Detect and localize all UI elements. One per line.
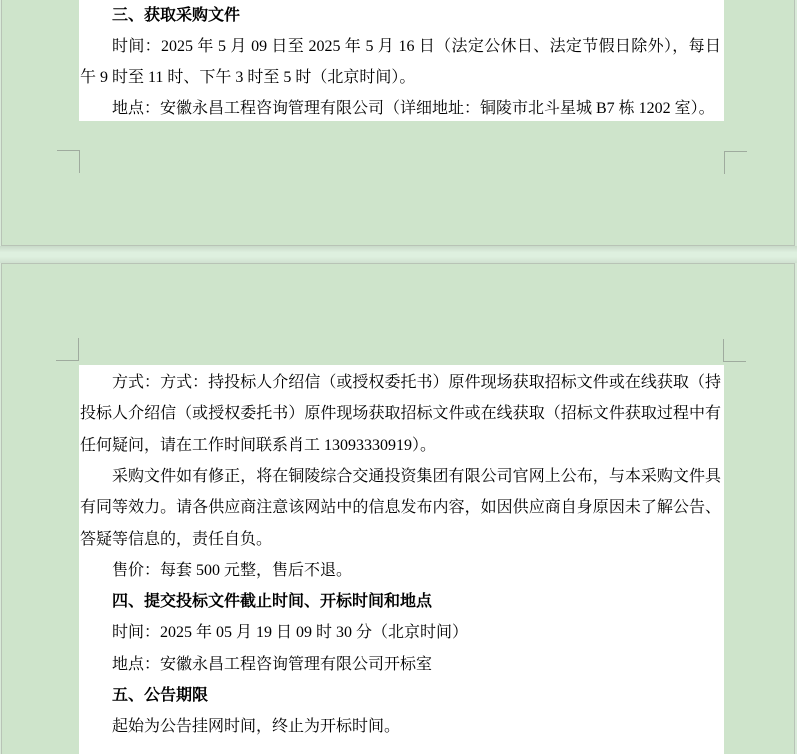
page2-text-layer: 方式：方式：持投标人介绍信（或授权委托书）原件现场获取招标文件或在线获取（持投标… — [80, 0, 721, 754]
deadline-time-line[interactable]: 时间：2025 年 05 月 19 日 09 时 30 分（北京时间） — [80, 617, 721, 648]
method-line-2[interactable]: 投标人介绍信（或授权委托书）原件现场获取招标文件或在线获取（招标文件获取过程中有 — [80, 398, 721, 429]
section-4-heading[interactable]: 四、提交投标文件截止时间、开标时间和地点 — [80, 586, 721, 617]
document-canvas: 三、获取采购文件时间：2025 年 5 月 09 日至 2025 年 5 月 1… — [0, 0, 797, 754]
method-line-3[interactable]: 任何疑问，请在工作时间联系肖工 13093330919）。 — [80, 430, 721, 461]
margin-mark-page1-bottom-right — [724, 151, 747, 174]
method-line-1[interactable]: 方式：方式：持投标人介绍信（或授权委托书）原件现场获取招标文件或在线获取（持 — [80, 367, 721, 398]
margin-mark-page2-top-right — [723, 339, 746, 362]
section-5-heading[interactable]: 五、公告期限 — [80, 680, 721, 711]
revision-line-1[interactable]: 采购文件如有修正，将在铜陵综合交通投资集团有限公司官网上公布，与本采购文件具 — [80, 461, 721, 492]
revision-line-2[interactable]: 有同等效力。请各供应商注意该网站中的信息发布内容，如因供应商自身原因未了解公告、 — [80, 492, 721, 523]
deadline-location-line[interactable]: 地点：安徽永昌工程咨询管理有限公司开标室 — [80, 649, 721, 680]
notice-period-line[interactable]: 起始为公告挂网时间，终止为开标时间。 — [80, 711, 721, 742]
price-line[interactable]: 售价：每套 500 元整，售后不退。 — [80, 555, 721, 586]
margin-mark-page1-bottom-left — [57, 150, 80, 173]
margin-mark-page2-top-left — [56, 338, 79, 361]
revision-line-3[interactable]: 答疑等信息的，责任自负。 — [80, 524, 721, 555]
